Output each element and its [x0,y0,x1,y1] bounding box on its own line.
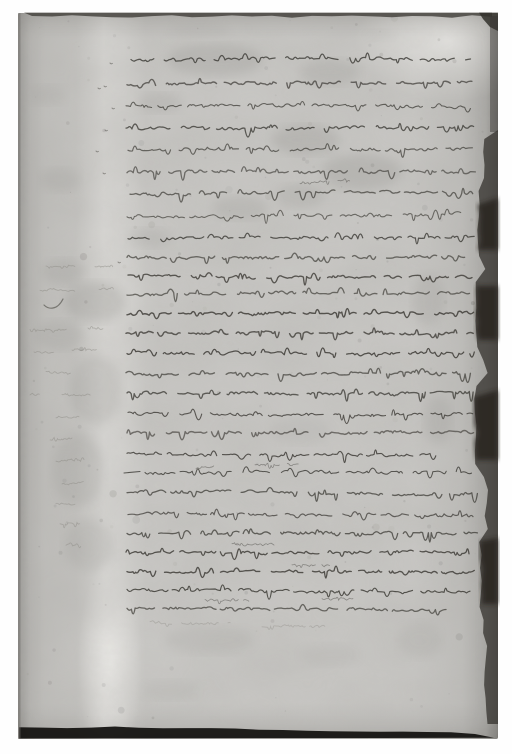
paper-speckle [215,86,217,88]
paper-speckle [292,586,293,587]
paper-speckle [78,46,79,47]
paper-speckle [464,520,466,522]
paper-speckle [126,183,129,186]
paper-speckle [38,546,40,548]
paper-speckle [35,97,36,98]
paper-speckle [67,20,69,22]
stain [64,519,112,571]
paper-speckle [386,260,388,262]
paper-speckle [170,303,174,307]
paper-speckle [47,227,49,229]
paper-speckle [123,119,126,122]
stain [275,184,325,208]
paper-speckle [128,327,132,331]
paper-speckle [113,34,116,37]
paper-speckle [379,366,382,369]
paper-speckle [39,27,40,28]
paper-speckle [346,58,349,61]
paper-speckle [52,648,55,651]
paper-speckle [371,324,375,328]
paper-speckle [105,604,107,606]
paper-speckle [110,525,113,528]
paper-speckle [379,31,381,33]
paper-speckle [54,505,57,508]
paper-speckle [319,269,323,273]
paper-speckle [285,710,286,711]
paper-speckle [257,375,260,378]
stain [138,93,182,113]
paper-speckle [265,177,267,179]
paper-speckle [439,561,443,565]
paper-speckle [264,66,268,70]
paper-speckle [427,525,431,529]
paper-speckle [225,186,232,193]
stain [70,356,122,424]
paper-speckle [244,591,248,595]
paper-speckle [121,437,122,438]
paper-speckle [216,433,218,435]
paper-speckle [275,94,277,96]
paper-speckle [88,464,91,467]
paper-speckle [52,446,55,449]
paper-speckle [80,253,87,260]
paper-speckle [438,38,441,41]
page-right-edge-blob [477,198,498,250]
paper-speckle [393,417,398,422]
stain [65,282,125,322]
paper-speckle [372,526,374,528]
paper-speckle [89,246,91,248]
paper-speckle [109,490,116,497]
stain [412,274,444,326]
stain [42,259,86,285]
paper-speckle [403,500,405,502]
stain [165,626,255,654]
paper-speckle [456,633,463,640]
paper-speckle [192,301,193,302]
paper-speckle [138,140,144,146]
paper-speckle [410,698,413,701]
page-right-edge-blob [476,286,498,340]
paper-speckle [102,683,106,687]
paper-speckle [127,46,130,49]
paper-speckle [212,593,214,595]
paper-speckle [70,192,71,193]
paper-speckle [197,28,199,30]
paper-speckle [173,562,177,566]
paper-speckle [384,217,385,218]
paper-speckle [358,82,360,84]
paper-speckle [315,630,317,632]
paper-speckle [265,193,272,200]
paper-speckle [79,347,83,351]
paper-speckle [169,666,173,670]
paper-speckle [102,129,106,133]
paper-speckle [381,115,382,116]
paper-speckle [229,210,231,212]
paper-speckle [118,707,125,714]
paper-speckle [369,88,373,92]
paper-speckle [66,121,70,125]
paper-speckle [302,157,306,161]
paper-speckle [308,122,312,126]
paper-speckle [87,57,90,60]
paper-speckle [35,428,37,430]
paper-speckle [283,513,284,514]
paper-speckle [271,619,275,623]
paper-speckle [93,583,95,585]
paper-speckle [376,238,379,241]
paper-speckle [62,479,66,483]
page-right-edge-blob [474,390,498,460]
paper-speckle [138,574,139,575]
stain [300,59,360,85]
paper-speckle [153,325,154,326]
paper-speckle [345,561,347,563]
paper-speckle [203,307,207,311]
paper-speckle [355,297,358,300]
paper-speckle [275,697,276,698]
paper-speckle [72,495,75,498]
page-left-edge-shadow [18,13,21,739]
paper-speckle [430,368,433,371]
paper-speckle [222,418,224,420]
paper-speckle [439,336,440,337]
paper-speckle [357,222,359,224]
paper-speckle [87,79,90,82]
paper-speckle [66,521,68,523]
page-artwork [0,0,512,754]
paper-speckle [148,221,155,228]
paper-speckle [420,117,423,120]
paper-speckle [217,391,221,395]
paper-speckle [213,435,215,437]
paper-speckle [291,372,293,374]
paper-speckle [290,20,291,21]
paper-speckle [470,218,473,221]
paper-speckle [312,166,315,169]
paper-speckle [444,300,448,304]
paper-speckle [48,681,52,685]
paper-speckle [78,425,82,429]
paper-speckle [196,449,199,452]
paper-speckle [217,283,220,286]
paper-speckle [270,502,274,506]
paper-speckle [167,529,172,534]
stain [30,85,66,105]
paper-speckle [356,269,357,270]
paper-speckle [471,367,473,369]
paper-speckle [27,673,29,675]
stain [35,320,85,350]
paper-speckle [238,348,239,349]
paper-speckle [388,526,394,532]
paper-speckle [132,516,140,524]
paper-speckle [178,252,181,255]
paper-speckle [44,367,47,370]
paper-speckle [471,301,475,305]
paper-speckle [317,316,321,320]
stain [398,622,442,658]
paper-speckle [193,583,195,585]
paper-speckle [355,23,358,26]
paper-speckle [97,469,99,471]
stain [40,168,80,192]
paper-speckle [335,297,337,299]
paper-speckle [202,330,206,334]
paper-speckle [390,592,393,595]
paper-speckle [364,507,365,508]
stain [142,680,198,700]
paper-speckle [482,131,484,133]
paper-speckle [134,226,137,229]
stain [170,22,230,38]
paper-speckle [307,555,311,559]
paper-speckle [474,553,476,555]
stain [52,434,104,506]
paper-speckle [33,380,35,382]
paper-speckle [38,596,39,597]
paper-speckle [87,716,88,717]
paper-speckle [465,449,468,452]
paper-speckle [341,186,343,188]
paper-speckle [422,205,428,211]
paper-speckle [379,53,383,57]
paper-speckle [256,630,258,632]
paper-speckle [417,183,420,186]
page-right-edge-upper-shadow [490,16,498,132]
paper-speckle [152,717,155,720]
paper-speckle [327,379,328,380]
paper-speckle [189,195,191,197]
paper-speckle [270,267,272,269]
paper-speckle [371,163,375,167]
paper-speckle [463,264,465,266]
paper-speckle [364,375,366,377]
paper-speckle [98,583,100,585]
stain [270,416,330,444]
stain [300,644,360,666]
paper-speckle [99,519,103,523]
paper-speckle [122,265,126,269]
paper-speckle [420,705,423,708]
paper-speckle [387,383,390,386]
scan-frame [0,0,512,754]
page-right-edge-blob [480,538,498,604]
paper-speckle [469,190,472,193]
paper-speckle [448,693,450,695]
paper-speckle [305,160,309,164]
paper-speckle [368,44,371,47]
paper-speckle [331,26,334,29]
paper-speckle [204,157,206,159]
stain [272,125,340,155]
paper-speckle [59,551,63,555]
paper-speckle [236,543,239,546]
stain [424,396,452,444]
paper-speckle [102,284,105,287]
paper-speckle [84,300,87,303]
paper-speckle [315,260,317,262]
paper-speckle [235,116,238,119]
paper-speckle [358,339,362,343]
paper-speckle [259,405,262,408]
paper-speckle [41,421,44,424]
paper-speckle [273,611,275,613]
paper-speckle [135,485,139,489]
paper-speckle [175,189,177,191]
paper-speckle [439,218,443,222]
paper-speckle [452,59,456,63]
paper-speckle [256,463,259,466]
paper-speckle [236,512,238,514]
